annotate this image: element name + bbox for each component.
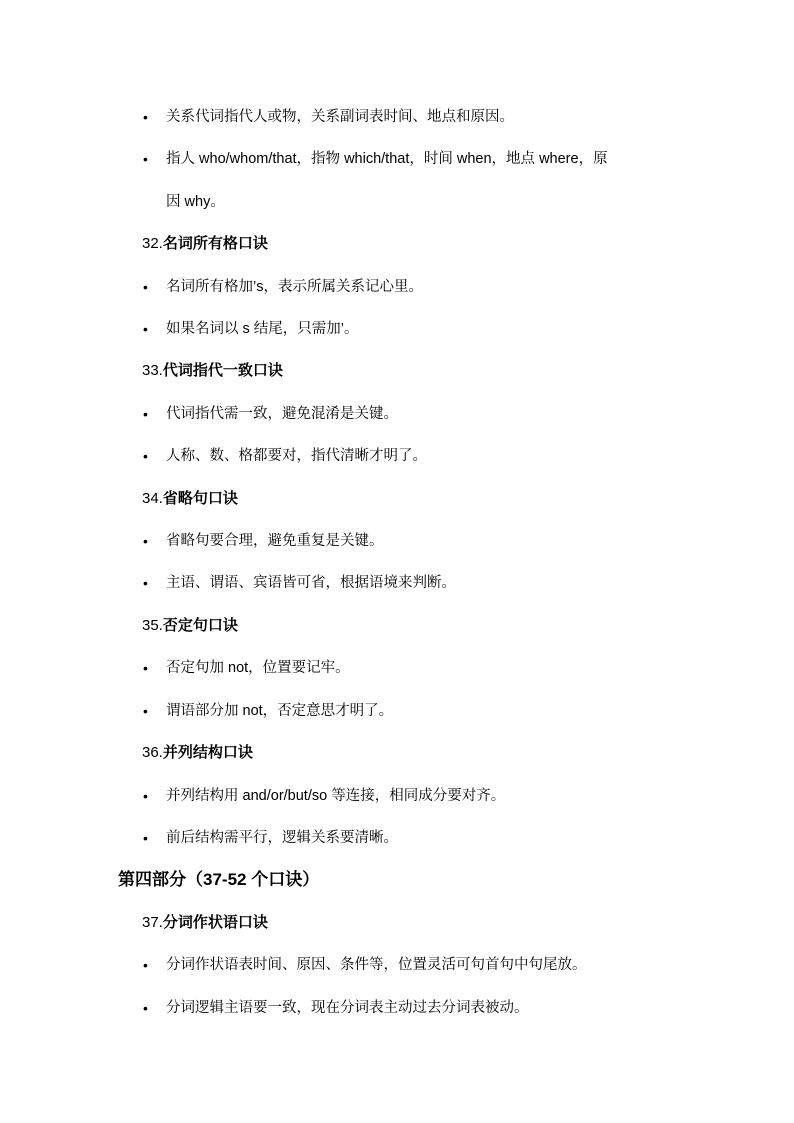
numbered-heading: 37.分词作状语口诀: [142, 902, 794, 944]
heading-number: 33.: [142, 362, 163, 379]
list-item: •谓语部分加 not，否定意思才明了。: [166, 690, 794, 732]
bullet-icon: •: [143, 435, 148, 477]
list-item: •主语、谓语、宾语皆可省，根据语境来判断。: [166, 562, 794, 604]
heading-title: 名词所有格口诀: [163, 235, 268, 252]
heading-title: 并列结构口诀: [163, 744, 253, 761]
numbered-heading: 36.并列结构口诀: [142, 732, 794, 774]
list-item: •代词指代需一致，避免混淆是关键。: [166, 393, 794, 435]
bullet-icon: •: [143, 817, 148, 859]
list-item-text: 代词指代需一致，避免混淆是关键。: [166, 406, 398, 422]
list-item-text: 主语、谓语、宾语皆可省，根据语境来判断。: [166, 575, 456, 591]
heading-number: 36.: [142, 744, 163, 761]
numbered-heading: 33.代词指代一致口诀: [142, 350, 794, 392]
list-item-text: 省略句要合理，避免重复是关键。: [166, 533, 384, 549]
list-item-text: 分词作状语表时间、原因、条件等，位置灵活可句首句中句尾放。: [166, 957, 587, 973]
list-item: •省略句要合理，避免重复是关键。: [166, 520, 794, 562]
heading-number: 35.: [142, 617, 163, 634]
bullet-icon: •: [143, 944, 148, 986]
bullet-icon: •: [143, 393, 148, 435]
heading-number: 34.: [142, 490, 163, 507]
numbered-heading: 34.省略句口诀: [142, 478, 794, 520]
bullet-icon: •: [143, 690, 148, 732]
list-item-text: 如果名词以 s 结尾，只需加’。: [166, 321, 359, 337]
bullet-icon: •: [143, 562, 148, 604]
list-item: •如果名词以 s 结尾，只需加’。: [166, 308, 794, 350]
bullet-icon: •: [143, 96, 148, 138]
numbered-heading: 35.否定句口诀: [142, 605, 794, 647]
list-item-text: 否定句加 not，位置要记牢。: [166, 660, 350, 676]
bullet-icon: •: [143, 987, 148, 1029]
bullet-icon: •: [143, 138, 148, 180]
bullet-icon: •: [143, 520, 148, 562]
list-item: •指人 who/whom/that，指物 which/that，时间 when，…: [166, 138, 794, 223]
document-page: •关系代词指代人或物，关系副词表时间、地点和原因。•指人 who/whom/th…: [0, 0, 794, 1123]
list-item-text: 人称、数、格都要对，指代清晰才明了。: [166, 448, 427, 464]
list-item-text: 指人 who/whom/that，指物 which/that，时间 when，地…: [166, 151, 608, 209]
bullet-icon: •: [143, 266, 148, 308]
list-item-text: 关系代词指代人或物，关系副词表时间、地点和原因。: [166, 109, 514, 125]
heading-title: 分词作状语口诀: [163, 914, 268, 931]
list-item-text: 前后结构需平行，逻辑关系要清晰。: [166, 830, 398, 846]
list-item-text: 谓语部分加 not，否定意思才明了。: [166, 703, 393, 719]
list-item: •分词逻辑主语要一致，现在分词表主动过去分词表被动。: [166, 987, 794, 1029]
list-item: •否定句加 not，位置要记牢。: [166, 647, 794, 689]
list-item: •分词作状语表时间、原因、条件等，位置灵活可句首句中句尾放。: [166, 944, 794, 986]
list-item: •人称、数、格都要对，指代清晰才明了。: [166, 435, 794, 477]
list-item-text: 名词所有格加’s，表示所属关系记心里。: [166, 279, 423, 295]
heading-title: 否定句口诀: [163, 617, 238, 634]
list-item-text: 分词逻辑主语要一致，现在分词表主动过去分词表被动。: [166, 1000, 529, 1016]
numbered-heading: 32.名词所有格口诀: [142, 223, 794, 265]
list-item: •前后结构需平行，逻辑关系要清晰。: [166, 817, 794, 859]
bullet-icon: •: [143, 775, 148, 817]
section-heading: 第四部分（37-52 个口诀）: [118, 859, 794, 901]
heading-title: 省略句口诀: [163, 490, 238, 507]
bullet-icon: •: [143, 308, 148, 350]
list-item: •并列结构用 and/or/but/so 等连接，相同成分要对齐。: [166, 775, 794, 817]
list-item: •关系代词指代人或物，关系副词表时间、地点和原因。: [166, 96, 794, 138]
list-item-text: 并列结构用 and/or/but/so 等连接，相同成分要对齐。: [166, 788, 505, 804]
bullet-icon: •: [143, 647, 148, 689]
heading-number: 32.: [142, 235, 163, 252]
heading-title: 代词指代一致口诀: [163, 362, 283, 379]
heading-number: 37.: [142, 914, 163, 931]
document-content: •关系代词指代人或物，关系副词表时间、地点和原因。•指人 who/whom/th…: [0, 96, 794, 1029]
list-item: •名词所有格加’s，表示所属关系记心里。: [166, 266, 794, 308]
